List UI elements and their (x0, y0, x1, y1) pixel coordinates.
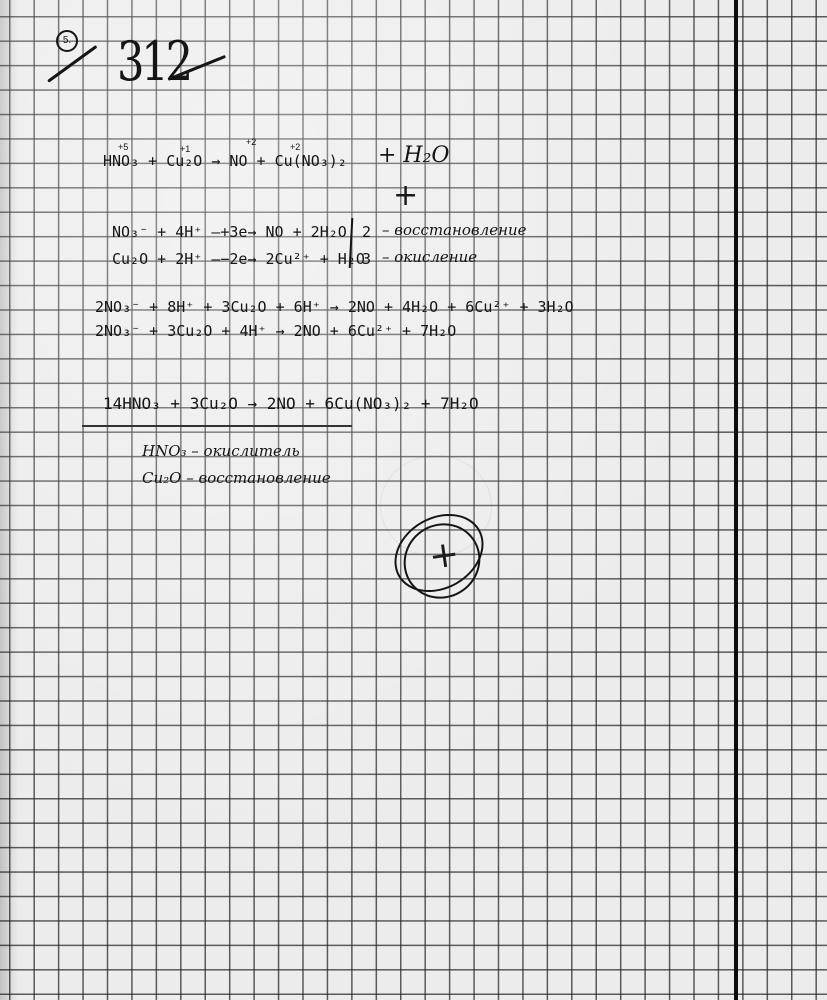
pen-stroke (47, 45, 97, 83)
reduction-label-text: восстановление (394, 221, 526, 239)
reduction-coefficient: 2 (362, 223, 371, 241)
oxidation-coefficient: 3 (362, 250, 371, 268)
combined-equation-2: 2NO₃⁻ + 3Cu₂O + 4H⁺ → 2NO + 6Cu²⁺ + 7H₂O (95, 322, 456, 340)
half-reaction-reduction: NO₃⁻ + 4H⁺ —+3e→ NO + 2H₂O (112, 223, 347, 241)
oxidation-state: +2 (290, 142, 300, 152)
initial-equation: HNO₃ + Cu₂O → NO + Cu(NO₃)₂ (103, 152, 347, 170)
show-through-mark (380, 455, 492, 557)
oxidation-state: +5 (118, 142, 128, 152)
water-addition: + H₂O (378, 143, 449, 168)
half-reaction-oxidation: Cu₂O + 2H⁺ —−2e→ 2Cu²⁺ + H₂O (112, 250, 365, 268)
oxidation-label-text: окисление (394, 248, 477, 266)
circled-task-label: 5. (56, 30, 78, 52)
reduction-label: – восстановление (382, 221, 527, 239)
final-equation-underline (82, 425, 352, 427)
oxidation-label: – окисление (382, 248, 477, 266)
final-equation: 14HNO₃ + 3Cu₂O → 2NO + 6Cu(NO₃)₂ + 7H₂O (103, 394, 479, 413)
combined-equation-1: 2NO₃⁻ + 8H⁺ + 3Cu₂O + 6H⁺ → 2NO + 4H₂O +… (95, 298, 574, 316)
correction-plus-mark: + (393, 178, 418, 213)
conclusion-oxidizer: HNO₃ – окислитель (142, 442, 300, 460)
conclusion-reducer: Cu₂O – восстановление (142, 469, 331, 487)
margin-line (734, 0, 738, 1000)
problem-number: 312 (117, 30, 190, 93)
oxidation-state: +2 (246, 137, 256, 147)
